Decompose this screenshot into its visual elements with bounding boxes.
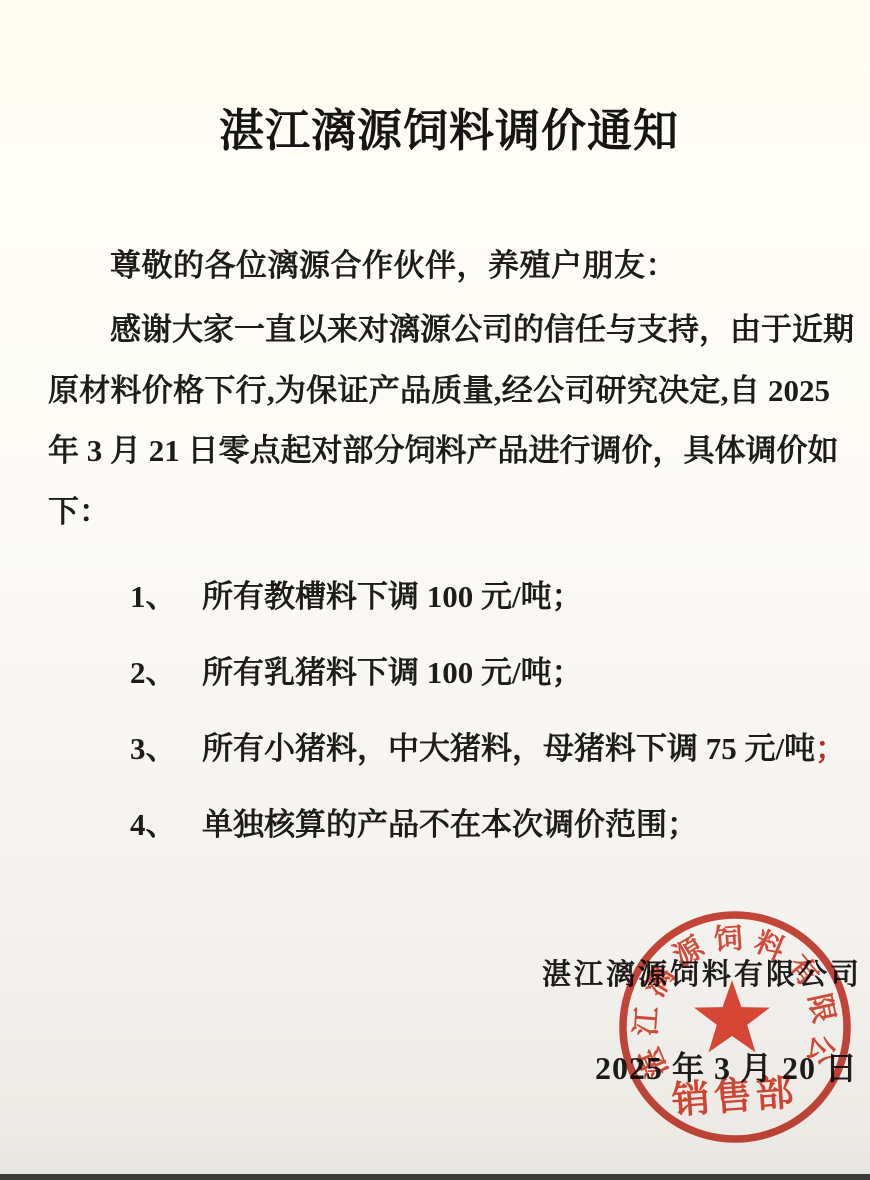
- item-text: 所有小猪料，中大猪料，母猪料下调 75 元/吨: [202, 730, 815, 768]
- svg-text:湛江漓源饲料有限公司: 湛江漓源饲料有限公司: [608, 906, 841, 1082]
- item-text: 单独核算的产品不在本次调价范围；: [202, 806, 698, 844]
- body-line: 感谢大家一直以来对漓源公司的信任与支持，由于近期: [48, 300, 830, 361]
- body-line: 原材料价格下行,为保证产品质量,经公司研究决定,自 2025: [48, 361, 830, 422]
- price-adjustment-list: 1、 所有教槽料下调 100 元/吨； 2、 所有乳猪料下调 100 元/吨； …: [130, 578, 830, 882]
- stamp-ring-text: 湛江漓源饲料有限公司: [608, 906, 841, 1082]
- item-red-suffix: ；: [815, 730, 846, 768]
- screen-bottom-edge: [0, 1174, 870, 1180]
- item-number: 3、: [130, 730, 202, 768]
- stamp-center-label: 销售部: [670, 1071, 799, 1123]
- salutation-line: 尊敬的各位漓源合作伙伴，养殖户朋友：: [48, 240, 830, 285]
- item-number: 2、: [130, 654, 202, 692]
- item-text: 所有教槽料下调 100 元/吨；: [202, 578, 583, 616]
- notice-title: 湛江漓源饲料调价通知: [14, 94, 870, 159]
- item-text: 所有乳猪料下调 100 元/吨；: [202, 654, 583, 692]
- notice-document: 湛江漓源饲料调价通知 尊敬的各位漓源合作伙伴，养殖户朋友： 感谢大家一直以来对漓…: [0, 0, 870, 1180]
- list-item: 2、 所有乳猪料下调 100 元/吨；: [130, 654, 830, 730]
- list-item: 4、 单独核算的产品不在本次调价范围；: [130, 806, 830, 882]
- body-line: 下：: [48, 482, 830, 543]
- body-paragraph: 感谢大家一直以来对漓源公司的信任与支持，由于近期 原材料价格下行,为保证产品质量…: [48, 300, 830, 542]
- list-item: 1、 所有教槽料下调 100 元/吨；: [130, 578, 830, 654]
- list-item: 3、 所有小猪料，中大猪料，母猪料下调 75 元/吨 ；: [130, 730, 830, 806]
- stamp-star-icon: [694, 980, 770, 1052]
- item-number: 1、: [130, 578, 202, 616]
- item-number: 4、: [130, 806, 202, 844]
- body-line: 年 3 月 21 日零点起对部分饲料产品进行调价，具体调价如: [48, 421, 830, 482]
- company-stamp: 湛江漓源饲料有限公司 销售部: [608, 906, 862, 1154]
